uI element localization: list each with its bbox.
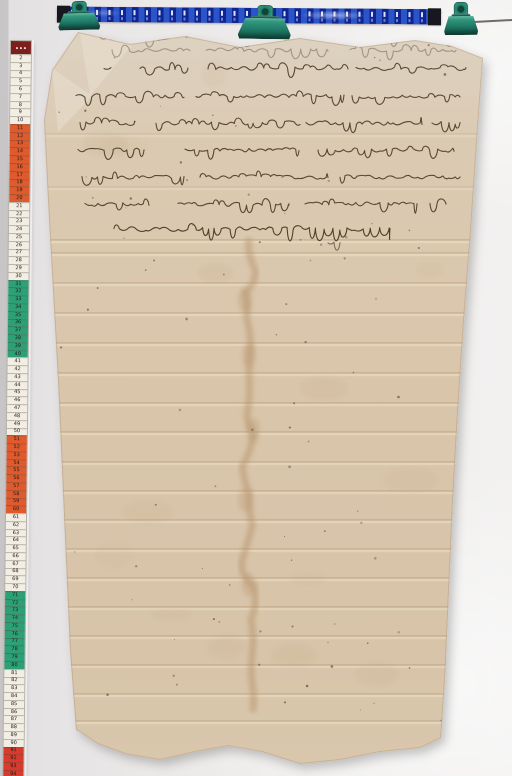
ruler-header-dot xyxy=(20,47,22,49)
ruler-mark-27: 27 xyxy=(9,249,29,257)
crease-knot xyxy=(238,288,252,312)
ruler-mark-37: 37 xyxy=(8,326,28,334)
ruler-mark-66: 66 xyxy=(6,552,26,560)
ruler-mark-90: 90 xyxy=(4,739,24,747)
ruler-mark-16: 16 xyxy=(10,163,30,171)
ruler-mark-73: 73 xyxy=(5,606,25,614)
ruler-mark-62: 62 xyxy=(6,521,26,529)
bulldog-clip-2 xyxy=(238,5,292,40)
ruler-mark-13: 13 xyxy=(10,140,30,148)
ruler-mark-45: 45 xyxy=(7,389,27,397)
ruler-mark-47: 47 xyxy=(7,404,27,412)
ruler-mark-80: 80 xyxy=(4,661,24,669)
clip-body xyxy=(444,16,478,35)
ruler-mark-92: 92 xyxy=(3,754,23,762)
ruler-mark-39: 39 xyxy=(8,342,28,350)
ruler-mark-75: 75 xyxy=(5,622,25,630)
ruler-mark-19: 19 xyxy=(9,186,29,194)
ruler-mark-22: 22 xyxy=(9,210,29,218)
ruler-header-dot xyxy=(16,47,18,49)
ruler-mark-79: 79 xyxy=(4,653,24,661)
ruler-mark-51: 51 xyxy=(7,435,27,443)
ruler-mark-11: 11 xyxy=(10,124,30,132)
ruler-mark-65: 65 xyxy=(6,544,26,552)
ruler-mark-94: 94 xyxy=(3,770,23,776)
ruler-mark-46: 46 xyxy=(7,396,27,404)
ruler-mark-59: 59 xyxy=(6,498,26,506)
ruler-mark-29: 29 xyxy=(9,264,29,272)
bulldog-clip-3 xyxy=(444,2,478,35)
ruler-mark-33: 33 xyxy=(8,295,28,303)
ruler-mark-24: 24 xyxy=(9,225,29,233)
ruler-mark-83: 83 xyxy=(4,684,24,692)
ruler-mark-26: 26 xyxy=(9,241,29,249)
ruler-mark-60: 60 xyxy=(6,505,26,513)
ruler-mark-25: 25 xyxy=(9,233,29,241)
bulldog-clip-1 xyxy=(58,0,101,30)
ruler-mark-67: 67 xyxy=(5,560,25,568)
ruler-mark-88: 88 xyxy=(4,723,24,731)
ruler-mark-6: 6 xyxy=(10,85,30,93)
photo-of-manuscript: 2345678910111213141516171819202122232425… xyxy=(0,0,512,776)
clip-body xyxy=(58,12,100,30)
ruler-mark-72: 72 xyxy=(5,599,25,607)
ruler-mark-17: 17 xyxy=(10,171,30,179)
ruler-mark-32: 32 xyxy=(8,287,28,295)
ruler-mark-21: 21 xyxy=(9,202,29,210)
ruler-mark-8: 8 xyxy=(10,101,30,109)
ruler-mark-61: 61 xyxy=(6,513,26,521)
ruler-mark-64: 64 xyxy=(6,536,26,544)
ruler-mark-74: 74 xyxy=(5,614,25,622)
ruler-mark-71: 71 xyxy=(5,591,25,599)
ruler-mark-48: 48 xyxy=(7,412,27,420)
ruler-mark-49: 49 xyxy=(7,420,27,428)
ruler-mark-36: 36 xyxy=(8,319,28,327)
ruler-mark-41: 41 xyxy=(8,357,28,365)
tape-end-cap-right xyxy=(428,8,441,25)
ruler-mark-56: 56 xyxy=(6,474,26,482)
ruler-mark-5: 5 xyxy=(11,77,31,85)
crease-knot xyxy=(238,488,252,512)
ruler-mark-38: 38 xyxy=(8,334,28,342)
clip-handle xyxy=(257,5,273,20)
ruler-mark-50: 50 xyxy=(7,427,27,435)
ruler-mark-85: 85 xyxy=(4,700,24,708)
ruler-mark-70: 70 xyxy=(5,583,25,591)
ruler-mark-7: 7 xyxy=(10,93,30,101)
ruler-mark-77: 77 xyxy=(5,638,25,646)
ruler-mark-53: 53 xyxy=(7,451,27,459)
ruler-mark-2: 2 xyxy=(11,54,31,62)
ruler-mark-42: 42 xyxy=(8,365,28,373)
ruler-mark-58: 58 xyxy=(6,490,26,498)
ruler-mark-91: 91 xyxy=(4,747,24,755)
ruler-mark-78: 78 xyxy=(5,645,25,653)
ruler-mark-86: 86 xyxy=(4,708,24,716)
ruler-mark-84: 84 xyxy=(4,692,24,700)
ruler-mark-23: 23 xyxy=(9,217,29,225)
ruler-mark-55: 55 xyxy=(6,466,26,474)
ruler-mark-35: 35 xyxy=(8,311,28,319)
ruler-mark-54: 54 xyxy=(7,459,27,467)
ruler-mark-44: 44 xyxy=(7,381,27,389)
ruler-mark-28: 28 xyxy=(9,256,29,264)
ruler-mark-93: 93 xyxy=(3,762,23,770)
ruler-mark-87: 87 xyxy=(4,715,24,723)
ruler-mark-15: 15 xyxy=(10,155,30,163)
ruler-mark-76: 76 xyxy=(5,630,25,638)
ruler-mark-20: 20 xyxy=(9,194,29,202)
ruler-mark-82: 82 xyxy=(4,676,24,684)
ruler-header xyxy=(11,41,31,54)
ruler-mark-30: 30 xyxy=(8,272,28,280)
ruler-mark-69: 69 xyxy=(5,575,25,583)
crease-knot xyxy=(242,343,256,367)
crease-knot xyxy=(242,573,256,597)
ruler-mark-4: 4 xyxy=(11,70,31,78)
ruler-mark-40: 40 xyxy=(8,350,28,358)
ruler-mark-18: 18 xyxy=(9,179,29,187)
ruler-mark-9: 9 xyxy=(10,108,30,116)
ruler-mark-52: 52 xyxy=(7,443,27,451)
ruler-mark-31: 31 xyxy=(8,280,28,288)
ruler-header-dot xyxy=(24,47,26,49)
ruler-mark-57: 57 xyxy=(6,482,26,490)
clip-body xyxy=(238,18,291,40)
ruler-mark-63: 63 xyxy=(6,529,26,537)
ruler-mark-10: 10 xyxy=(10,116,30,124)
ruler-mark-34: 34 xyxy=(8,303,28,311)
ruler-mark-68: 68 xyxy=(5,568,25,576)
clip-handle xyxy=(454,2,468,18)
manuscript-paper xyxy=(0,0,512,776)
ruler-mark-12: 12 xyxy=(10,132,30,140)
ruler-mark-89: 89 xyxy=(4,731,24,739)
ruler-mark-43: 43 xyxy=(7,373,27,381)
ruler-mark-81: 81 xyxy=(4,669,24,677)
ruler-mark-3: 3 xyxy=(11,62,31,70)
ruler-mark-14: 14 xyxy=(10,147,30,155)
